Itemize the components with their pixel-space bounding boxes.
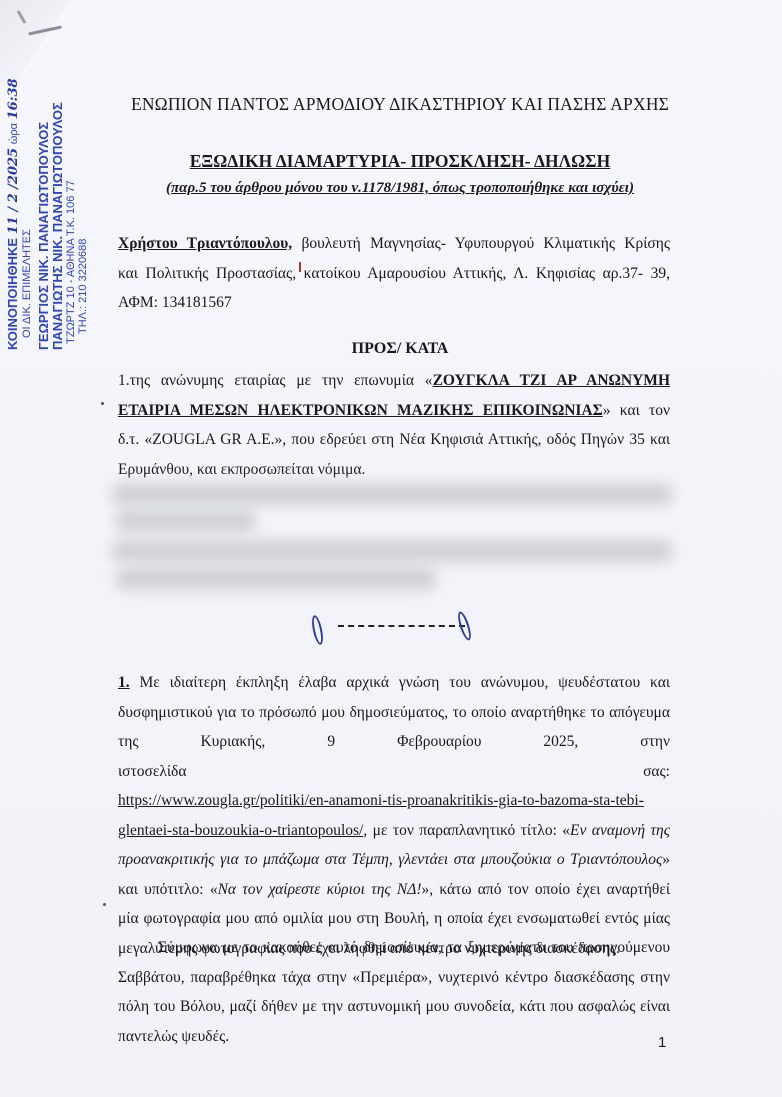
recipient-1-after-company: » και τον (603, 402, 670, 419)
paragraph-2-line-4: παντελώς ψευδές. (118, 1022, 670, 1052)
recipient-1-prefix: 1.της ανώνυμης εταιρίας με την επωνυμία … (118, 372, 433, 389)
subtitle-outro: », κάτω από τον οποίο έχει αναρτήθεί (422, 881, 670, 898)
paragraph-1-number: 1. (118, 674, 130, 691)
subtitle-intro: και υπότιτλο: « (118, 881, 218, 898)
recipient-1-trade-name-address: δ.τ. «ZOUGLA GR A.E.», που εδρεύει στη Ν… (118, 425, 670, 455)
paragraph-1-line-8: μία φωτογραφία μου από ομιλία μου στη Βο… (118, 904, 670, 934)
dashed-line (338, 625, 465, 627)
scan-speck (103, 903, 106, 906)
legal-basis-subtitle: (παρ.5 του άρθρου μόνου του ν.1178/1981,… (110, 180, 690, 197)
handwritten-mark-left (310, 614, 325, 645)
article-url-part-1[interactable]: https://www.zougla.gr/politiki/en-anamon… (118, 792, 644, 809)
article-url-part-2[interactable]: glentaei-sta-bouzoukia-o-triantopoulos/ (118, 822, 363, 839)
article-title-part-1: Εν αναμονή της (570, 822, 670, 839)
recipient-1-company-a: ΖΟΥΓΚΛΑ ΤΖΙ ΑΡ ΑΝΩΝΥΜΗ (433, 372, 670, 389)
stamp-hour-label: ώρα (8, 123, 20, 144)
section-separator (310, 615, 470, 645)
paragraph-1-line-1: Με ιδιαίτερη έκπληξη έλαβα αρχικά γνώση … (130, 674, 670, 691)
stamp-handwritten-hour: 16:38 (6, 78, 21, 119)
redacted-line-2 (116, 510, 256, 532)
red-ink-mark (299, 262, 301, 272)
paragraph-1-line-3: της Κυριακής, 9 Φεβρουαρίου 2025, στην ι… (118, 727, 670, 786)
court-heading: ΕΝΩΠΙΟΝ ΠΑΝΤΟΣ ΑΡΜΟΔΙΟΥ ΔΙΚΑΣΤΗΡΙΟΥ ΚΑΙ … (110, 94, 690, 115)
paragraph-2-line-3: πόλη του Βόλου, μαζί δήθεν με την αστυνο… (118, 992, 670, 1022)
recipient-1-company-b: ΕΤΑΙΡΙΑ ΜΕΣΩΝ ΗΛΕΚΤΡΟΝΙΚΩΝ ΜΑΖΙΚΗΣ ΕΠΙΚΟ… (118, 402, 603, 419)
article-subtitle: Να τον χαίρεστε κύριοι της ΝΔ! (218, 881, 422, 898)
recipient-1-representation: Ερυμάνθου, και εκπροσωπείται νόμιμα. (118, 455, 670, 485)
recipient-1-block: 1.της ανώνυμης εταιρίας με την επωνυμία … (118, 366, 670, 484)
paragraph-1: 1. Με ιδιαίτερη έκπληξη έλαβα αρχικά γνώ… (118, 668, 670, 963)
stamp-phone: ΤΗΛ.: 210 3220688 (77, 78, 89, 350)
stamp-served-line: ΚΟΙΝΟΠΟΙΗΘΗΚΕ 11 / 2 /2025 ώρα 16:38 (6, 78, 21, 350)
stamp-served-label: ΚΟΙΝΟΠΟΙΗΘΗΚΕ (5, 238, 20, 350)
sender-role: βουλευτή Μαγνησίας- Υφυπουργού Κλιματική… (292, 235, 670, 252)
sender-name: Χρήστου Τριαντόπουλου, (118, 235, 292, 252)
page-number: 1 (658, 1034, 666, 1051)
stamp-address: ΤΖΩΡΤΖ 10 - ΑΘΗΝΑ Τ.Κ. 106 77 (65, 78, 77, 350)
page-fold (0, 0, 70, 90)
redacted-line-1 (112, 483, 672, 505)
redacted-line-4 (116, 568, 436, 590)
paragraph-1-line-2: δυσφημιστικού για το πρόσωπό μου δημοσιε… (118, 698, 670, 728)
paragraph-2-line-1: Σύμφωνα με το κακοήθες αυτό δημοσίευμα, … (118, 933, 670, 963)
sender-block: Χρήστου Τριαντόπουλου, βουλευτή Μαγνησία… (118, 229, 670, 318)
article-title-close-quote: » (662, 851, 670, 868)
sender-tax-id: ΑΦΜ: 134181567 (118, 288, 670, 318)
document-page: ΚΟΙΝΟΠΟΙΗΘΗΚΕ 11 / 2 /2025 ώρα 16:38 ΟΙ … (0, 0, 782, 1097)
paragraph-2: Σύμφωνα με το κακοήθες αυτό δημοσίευμα, … (118, 933, 670, 1051)
document-title: ΕΞΩΔΙΚΗ ΔΙΑΜΑΡΤΥΡΙΑ- ΠΡΟΣΚΛΗΣΗ- ΔΗΛΩΣΗ (110, 151, 690, 172)
paragraph-2-line-2: Σαββάτου, παραβρέθηκα τάχα στην «Πρεμιέρ… (118, 963, 670, 993)
scan-speck (101, 402, 104, 405)
stamp-bailiff-name-2: ΠΑΝΑΓΙΩΤΗΣ ΝΙΚ. ΠΑΝΑΓΙΩΤΟΠΟΥΛΟΣ (51, 78, 65, 350)
stamp-bailiffs-label: ΟΙ ΔΙΚ. ΕΠΙΜΕΛΗΤΕΣ (21, 78, 33, 350)
stamp-bailiff-name-1: ΓΕΩΡΓΙΟΣ ΝΙΚ. ΠΑΝΑΓΙΩΤΟΠΟΥΛΟΣ (37, 78, 51, 350)
sender-address: και Πολιτικής Προστασίας, κατοίκου Αμαρο… (118, 259, 670, 289)
stamp-handwritten-date: 11 / 2 /2025 (6, 148, 21, 234)
bailiff-stamp: ΚΟΙΝΟΠΟΙΗΘΗΚΕ 11 / 2 /2025 ώρα 16:38 ΟΙ … (6, 78, 89, 350)
redacted-line-3 (112, 540, 672, 562)
article-title-part-2: προανακριτικής για το μπάζωμα στα Τέμπη,… (118, 851, 662, 868)
recipients-heading: ΠΡΟΣ/ ΚΑΤΑ (110, 340, 690, 358)
paragraph-1-title-intro: , με τον παραπλανητικό τίτλο: « (363, 822, 570, 839)
